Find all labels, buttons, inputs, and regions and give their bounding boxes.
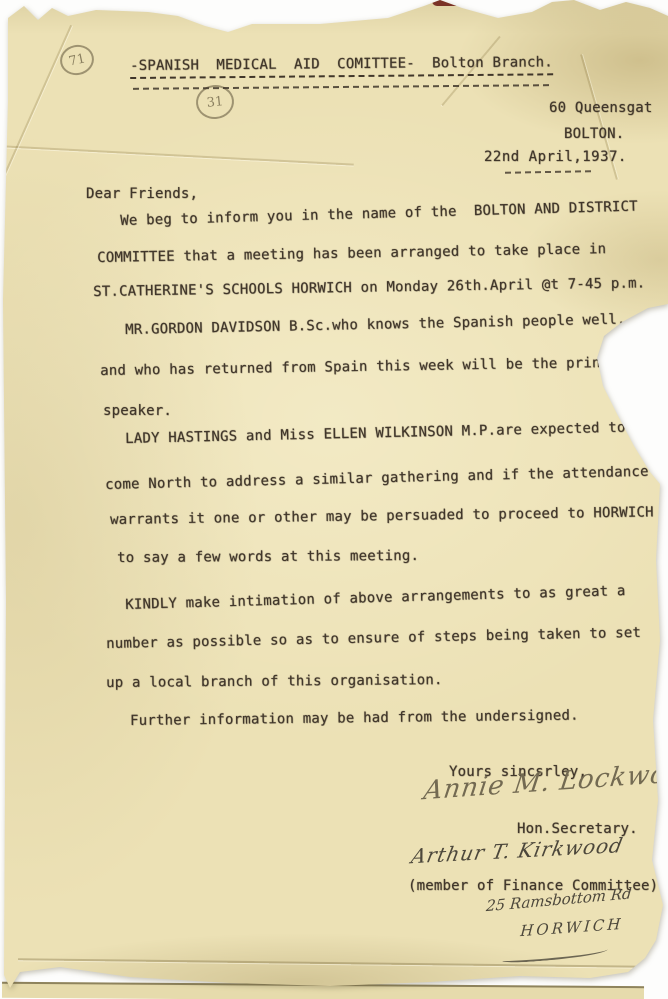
body-line: up a local branch of this organisation. <box>106 672 443 691</box>
body-line: number as possible so as to ensure of st… <box>106 625 641 652</box>
body-line: Further information may be had from the … <box>130 708 579 729</box>
scan-background: 71 31 -SPANISH MEDICAL AID COMITTEE- Bol… <box>0 0 668 999</box>
letter-paper-wrap: 71 31 -SPANISH MEDICAL AID COMITTEE- Bol… <box>0 0 668 999</box>
body-line: to say a few words at this meeting. <box>117 548 419 566</box>
crease-line <box>2 25 72 179</box>
body-line: LADY HASTINGS and Miss ELLEN WILKINSON M… <box>125 420 626 447</box>
body-line: come North to address a similar gatherin… <box>105 464 649 493</box>
letter-paper: 71 31 -SPANISH MEDICAL AID COMITTEE- Bol… <box>0 0 668 999</box>
body-line: warrants it one or other may be persuade… <box>110 504 654 528</box>
letter-date: 22nd April,1937. <box>484 149 627 165</box>
crease-line <box>0 144 354 165</box>
signature-flourish <box>502 946 608 963</box>
title-underline <box>133 84 549 90</box>
signature-arthur-kirkwood: Arthur T. Kirkwood <box>409 833 625 868</box>
handwritten-city: HORWICH <box>520 915 624 940</box>
body-line: MR.GORDON DAVIDSON B.Sc.who knows the Sp… <box>125 312 626 338</box>
body-line: We beg to inform you in the name of the … <box>120 199 638 229</box>
body-line: and who has returned from Spain this wee… <box>100 355 601 379</box>
red-stain <box>432 0 466 6</box>
body-line: speaker. <box>103 403 172 419</box>
body-line: KINDLY make intimation of above arrangem… <box>125 583 626 613</box>
sender-address: 60 Queensgat <box>549 100 653 116</box>
body-line: COMMITTEE that a meeting has been arrang… <box>97 241 606 266</box>
sender-city: BOLTON. <box>564 126 624 142</box>
letter-title: -SPANISH MEDICAL AID COMITTEE- Bolton Br… <box>130 54 553 79</box>
ref-mark: 71 <box>57 42 96 78</box>
salutation: Dear Friends, <box>86 186 198 202</box>
body-line: ST.CATHERINE'S SCHOOLS HORWICH on Monday… <box>93 275 645 300</box>
date-underline <box>505 170 591 174</box>
